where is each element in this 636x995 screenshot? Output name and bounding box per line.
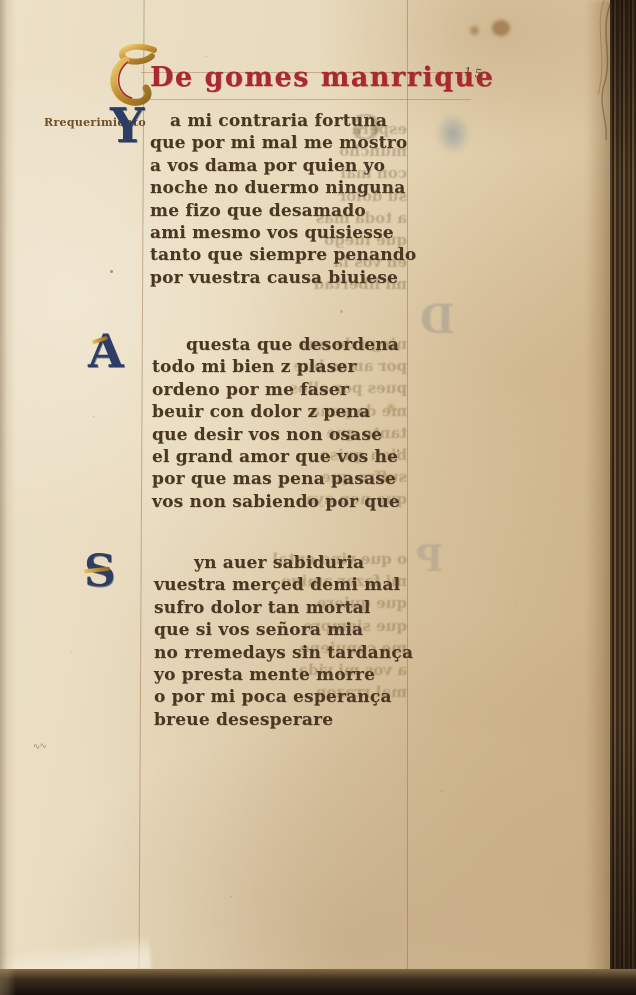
verse-line: que si vos señora mia xyxy=(154,619,413,641)
gutter-shadow xyxy=(0,0,16,995)
book-bottom-edge xyxy=(0,969,636,995)
parchment-specks xyxy=(110,270,113,273)
ink-mark: ʼ xyxy=(396,448,400,461)
verse-line: por que mas pena pasase xyxy=(152,468,400,490)
edge-stain xyxy=(586,0,612,995)
ruling-line-title-base xyxy=(141,99,471,100)
bleedthrough-initial: P xyxy=(416,538,443,580)
stanza-3: S yn auer sabiduria vuestra merçed demi … xyxy=(154,552,413,731)
verse-line: yn auer sabiduria xyxy=(154,552,413,574)
verse-line: noche no duermo ninguna xyxy=(150,177,416,199)
verse-line: el grand amor que vos he xyxy=(152,446,400,468)
poem-title: De gomes manrrique xyxy=(150,62,494,93)
gold-accent xyxy=(84,567,110,574)
stanza-1: Y a mi contraria fortuna que por mi mal … xyxy=(150,110,416,289)
verse-line: vos non sabiendo por que xyxy=(152,491,400,513)
verse-line: sufro dolor tan mortal xyxy=(154,597,413,619)
verse-line: me fizo que desamado xyxy=(150,200,416,222)
verse-line: por vuestra causa biuiese xyxy=(150,267,416,289)
verse-line: questa que desordena xyxy=(152,334,400,356)
gold-accent xyxy=(92,336,108,345)
stain-spot xyxy=(470,26,479,35)
verse-line: que desir vos non osase xyxy=(152,424,400,446)
verse-line: tanto que siempre penando xyxy=(150,244,416,266)
verse-line: que por mi mal me mostro xyxy=(150,132,416,154)
verse-line: yo presta mente morre xyxy=(154,664,413,686)
verse-line: vuestra merçed demi mal xyxy=(154,574,413,596)
verse-line: todo mi bien z plaser xyxy=(152,356,400,378)
verse-line: ami mesmo vos quisiesse xyxy=(150,222,416,244)
verse-line: breue desesperare xyxy=(154,709,413,731)
stain-spot xyxy=(492,20,510,36)
margin-scribble: ∿∿ xyxy=(32,741,46,753)
verse-line: o por mi poca esperança xyxy=(154,686,413,708)
book-fore-edge xyxy=(610,0,636,995)
rubric-row: De gomes manrrique xyxy=(150,62,494,93)
stanza-2: A questa que desordena todo mi bien z pl… xyxy=(152,334,400,513)
illuminated-initial-y: Y xyxy=(110,98,144,154)
illuminated-initial-s: S xyxy=(84,546,116,597)
bleedthrough-blue-smudge xyxy=(430,106,476,162)
bleedthrough-initial: D xyxy=(420,296,455,343)
manuscript-page: De gomes manrrique Rrequerimiento 15 G D… xyxy=(0,0,636,995)
verse-line: beuir con dolor z pena xyxy=(152,401,400,423)
verse-line: a mi contraria fortuna xyxy=(150,110,416,132)
verse-line: ordeno por me faser xyxy=(152,379,400,401)
verse-line: a vos dama por quien yo xyxy=(150,155,416,177)
verse-line: no rremedays sin tardança xyxy=(154,642,413,664)
illuminated-initial-a: A xyxy=(88,324,124,378)
